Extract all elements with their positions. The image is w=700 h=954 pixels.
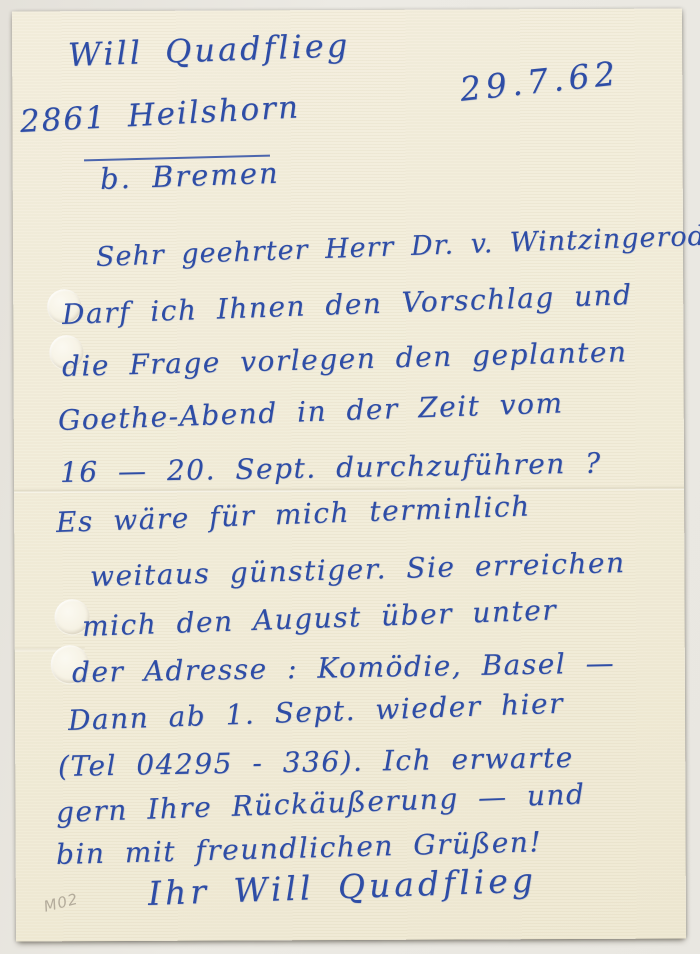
sender-name: Will Quadflieg xyxy=(67,26,350,74)
body-line: Dann ab 1. Sept. wieder hier xyxy=(67,687,564,737)
body-line: Es wäre für mich terminlich xyxy=(55,489,531,539)
pencil-annotation: M02 xyxy=(42,890,80,916)
salutation-line: Sehr geehrter Herr Dr. v. Wintzingerode! xyxy=(95,220,700,273)
address-line-postal: 2861 Heilshorn xyxy=(19,89,301,140)
body-line: der Adresse : Komödie, Basel — xyxy=(72,647,616,689)
body-line: weitaus günstiger. Sie erreichen xyxy=(90,546,626,593)
body-line: mich den August über unter xyxy=(81,593,557,643)
body-line: Goethe-Abend in der Zeit vom xyxy=(57,386,564,437)
body-line: Darf ich Ihnen den Vorschlag und xyxy=(61,278,633,331)
address-line-city: b. Bremen xyxy=(99,156,280,196)
closing-signature: Ihr Will Quadflieg xyxy=(147,860,537,913)
body-line: (Tel 04295 - 336). Ich erwarte xyxy=(58,741,574,783)
body-line: die Frage vorlegen den geplanten xyxy=(62,335,628,383)
letter-date: 29.7.62 xyxy=(458,53,622,109)
handwriting-layer: Will Quadflieg 29.7.62 2861 Heilshorn b.… xyxy=(0,0,700,954)
scanned-letter-page: Will Quadflieg 29.7.62 2861 Heilshorn b.… xyxy=(0,0,700,954)
body-line: gern Ihre Rückäußerung — und xyxy=(55,778,586,829)
body-line: 16 — 20. Sept. durchzuführen ? xyxy=(60,447,602,489)
